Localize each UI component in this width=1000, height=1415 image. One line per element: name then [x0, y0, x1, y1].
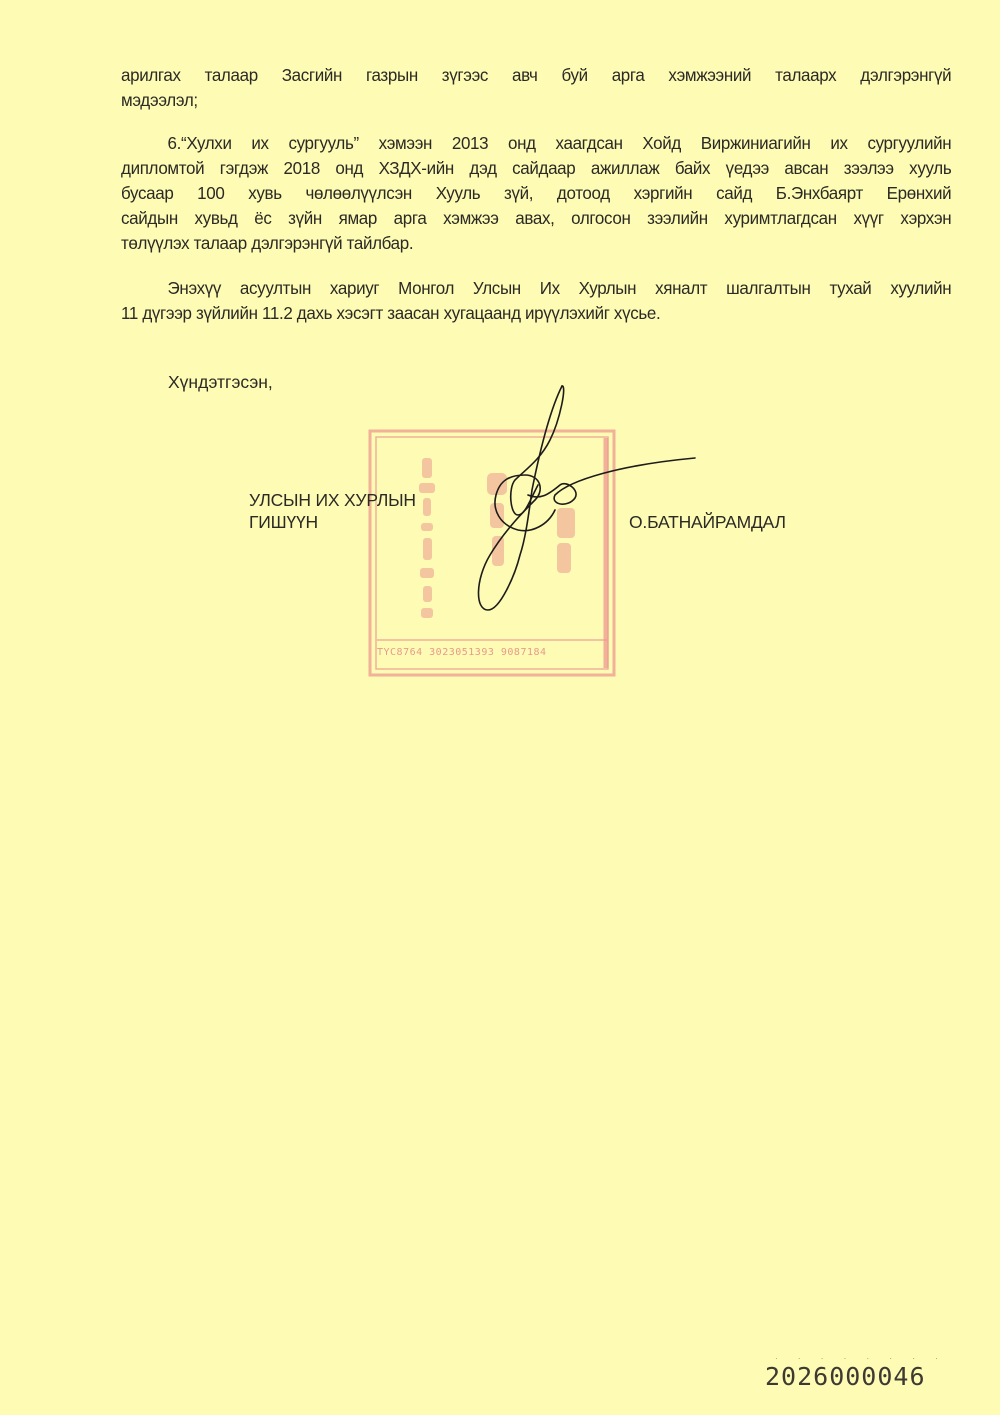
text-line: бусаар 100 хувь чөлөөлүүлсэн Хууль зүй, …: [121, 181, 951, 206]
closing-salutation: Хүндэтгэсэн,: [168, 372, 273, 393]
paragraph-continuation: арилгах талаар Засгийн газрын зүгээс авч…: [121, 63, 951, 113]
signatory-title: УЛСЫН ИХ ХУРЛЫН ГИШҮҮН: [249, 489, 416, 533]
text-line: мэдээлэл;: [121, 88, 951, 113]
signatory-title-line2: ГИШҮҮН: [249, 511, 416, 533]
text-line: 6.“Хулхи их сургууль” хэмээн 2013 онд ха…: [121, 131, 951, 156]
text-line: дипломтой гэгдэж 2018 онд ХЗДХ-ийн дэд с…: [121, 156, 951, 181]
handwritten-signature-icon: [470, 380, 710, 620]
official-stamp-icon: [367, 428, 617, 678]
text-line: төлүүлэх талаар дэлгэрэнгүй тайлбар.: [121, 231, 951, 256]
request-paragraph: Энэхүү асуултын хариуг Монгол Улсын Их Х…: [121, 276, 951, 326]
document-page: арилгах талаар Засгийн газрын зүгээс авч…: [0, 0, 1000, 1415]
text-line: арилгах талаар Засгийн газрын зүгээс авч…: [121, 63, 951, 88]
signatory-name: О.БАТНАЙРАМДАЛ: [629, 511, 786, 533]
text-line: сайдын хувьд ёс зүйн ямар арга хэмжээ ав…: [121, 206, 951, 231]
text-line: 11 дүгээр зүйлийн 11.2 дахь хэсэгт зааса…: [121, 301, 951, 326]
item-6-paragraph: 6.“Хулхи их сургууль” хэмээн 2013 онд ха…: [121, 131, 951, 256]
document-number: 2026000046: [765, 1362, 926, 1391]
signatory-title-line1: УЛСЫН ИХ ХУРЛЫН: [249, 489, 416, 511]
text-line: Энэхүү асуултын хариуг Монгол Улсын Их Х…: [121, 276, 951, 301]
stamp-code: ТҮС8764 3023051393 9087184: [377, 647, 547, 658]
